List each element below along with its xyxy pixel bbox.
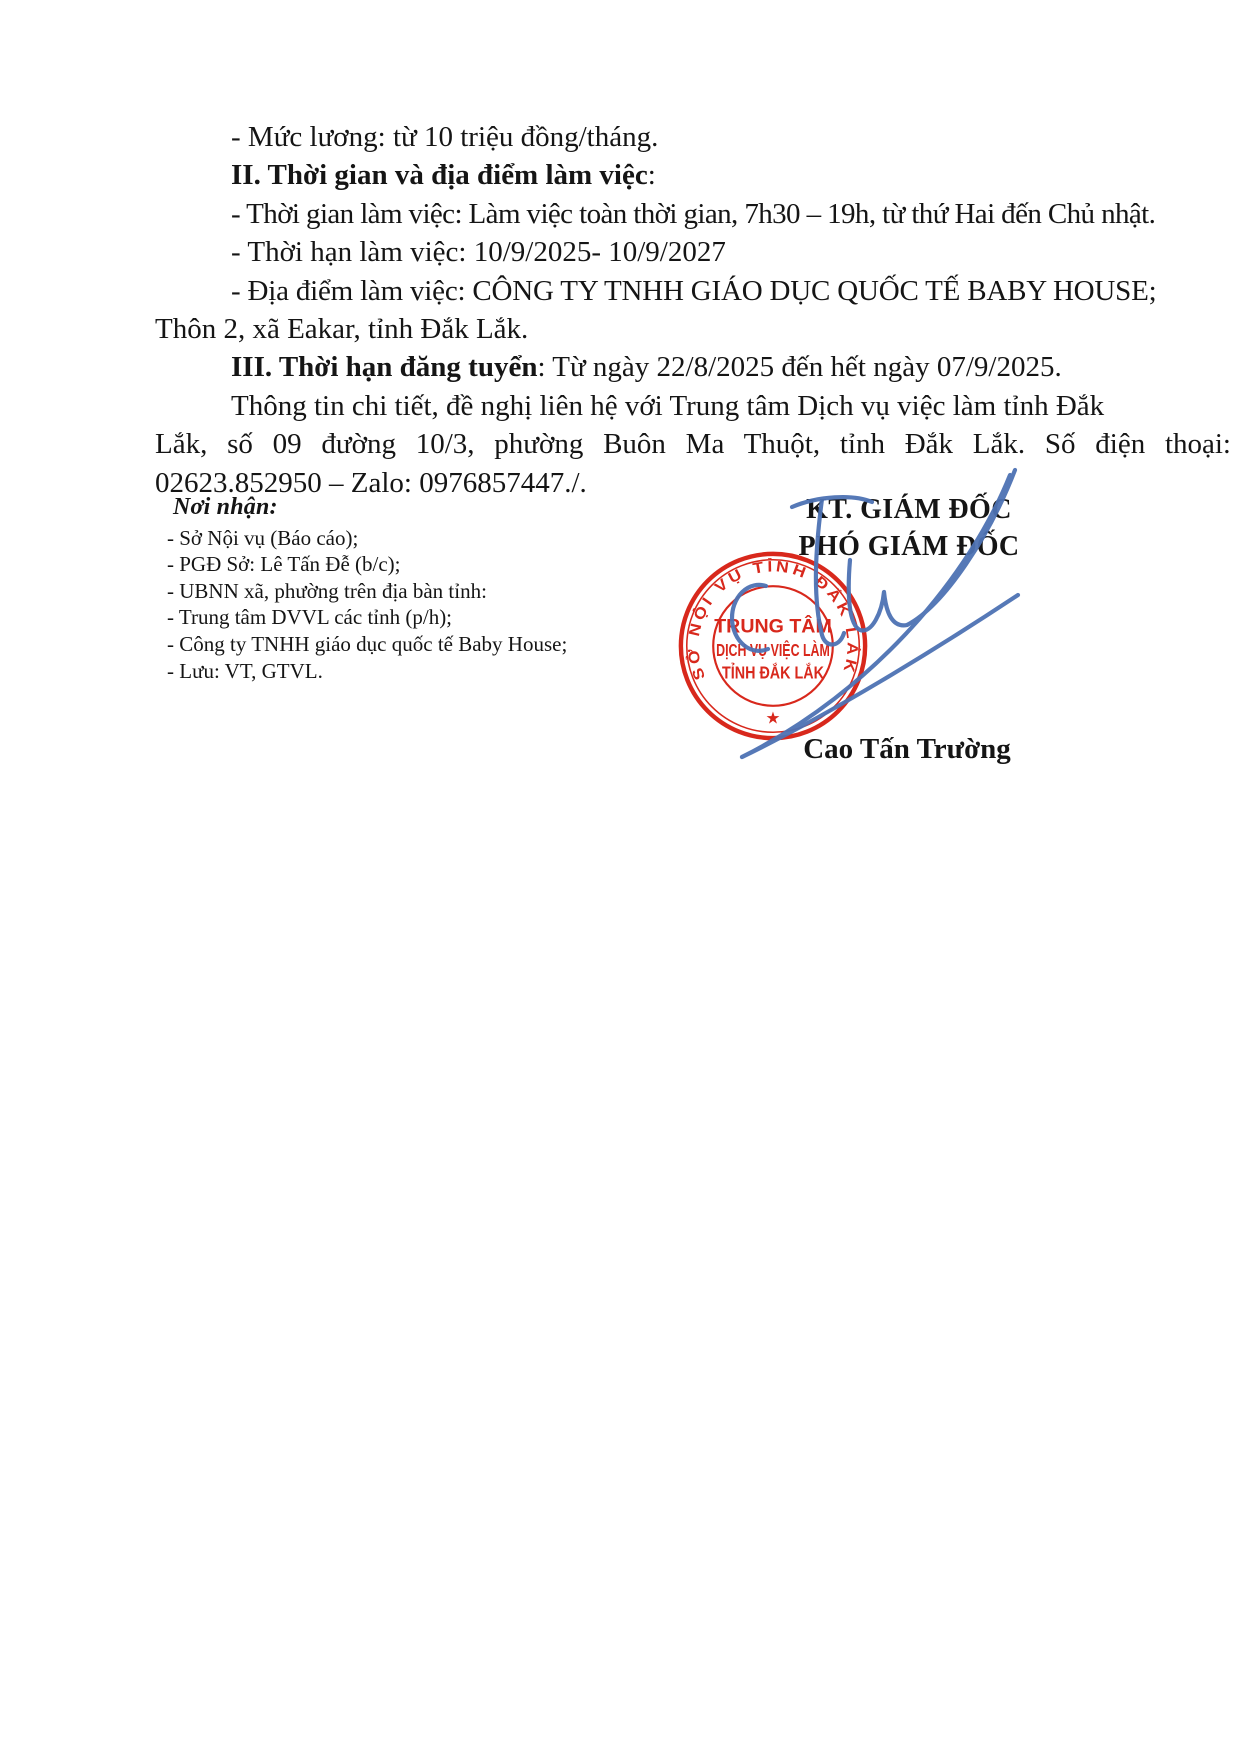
salary-text: - Mức lương: từ 10 triệu đồng/tháng. bbox=[231, 121, 658, 153]
recipient-item: - PGĐ Sở: Lê Tấn Đễ (b/c); bbox=[167, 551, 567, 578]
signature-flourish-up bbox=[907, 470, 1015, 625]
signer-name: Cao Tấn Trường bbox=[782, 733, 1032, 766]
signature-stem bbox=[816, 499, 844, 645]
recipient-item: - Lưu: VT, GTVL. bbox=[167, 658, 567, 685]
work-place-text-2: Thôn 2, xã Eakar, tỉnh Đắk Lắk. bbox=[155, 313, 528, 345]
contact-text-2: Lắk, số 09 đường 10/3, phường Buôn Ma Th… bbox=[155, 428, 1231, 460]
section-3-heading-bold: III. Thời hạn đăng tuyển bbox=[231, 351, 537, 383]
work-term-line: - Thời hạn làm việc: 10/9/2025- 10/9/202… bbox=[155, 233, 1231, 271]
recipient-item: - Trung tâm DVVL các tỉnh (p/h); bbox=[167, 604, 567, 631]
contact-text-1: Thông tin chi tiết, đề nghị liên hệ với … bbox=[231, 390, 1104, 422]
signature-strokes bbox=[732, 470, 1018, 757]
work-time-line: - Thời gian làm việc: Làm việc toàn thời… bbox=[155, 195, 1231, 233]
document-page: - Mức lương: từ 10 triệu đồng/tháng. II.… bbox=[0, 0, 1241, 1755]
contact-line-1: Thông tin chi tiết, đề nghị liên hệ với … bbox=[155, 387, 1231, 425]
recipient-item: - Công ty TNHH giáo dục quốc tế Baby Hou… bbox=[167, 631, 567, 658]
section-2-heading-bold: II. Thời gian và địa điểm làm việc bbox=[231, 159, 648, 191]
section-3-line: III. Thời hạn đăng tuyển: Từ ngày 22/8/2… bbox=[155, 348, 1231, 386]
work-place-line-1: - Địa điểm làm việc: CÔNG TY TNHH GIÁO D… bbox=[155, 272, 1231, 310]
recipient-item: - UBNN xã, phường trên địa bàn tỉnh: bbox=[167, 578, 567, 605]
section-3-rest: : Từ ngày 22/8/2025 đến hết ngày 07/9/20… bbox=[537, 351, 1061, 383]
recipients-heading: Nơi nhận: bbox=[167, 494, 567, 521]
signature-t-bar bbox=[792, 497, 872, 507]
signature-loop bbox=[732, 585, 768, 651]
recipient-item: - Sở Nội vụ (Báo cáo); bbox=[167, 525, 567, 552]
work-time-text: - Thời gian làm việc: Làm việc toàn thời… bbox=[231, 198, 1155, 230]
section-2-heading: II. Thời gian và địa điểm làm việc: bbox=[155, 156, 1231, 194]
signature-u-curve bbox=[849, 560, 907, 630]
work-place-line-2: Thôn 2, xã Eakar, tỉnh Đắk Lắk. bbox=[155, 310, 1231, 348]
section-2-heading-colon: : bbox=[648, 159, 656, 191]
work-place-text-1: - Địa điểm làm việc: CÔNG TY TNHH GIÁO D… bbox=[231, 275, 1156, 307]
handwritten-signature bbox=[700, 455, 1040, 770]
salary-line: - Mức lương: từ 10 triệu đồng/tháng. bbox=[155, 118, 1231, 156]
contact-line-2: Lắk, số 09 đường 10/3, phường Buôn Ma Th… bbox=[155, 425, 1231, 463]
recipients-block: Nơi nhận: - Sở Nội vụ (Báo cáo); - PGĐ S… bbox=[167, 494, 567, 684]
document-body: - Mức lương: từ 10 triệu đồng/tháng. II.… bbox=[155, 118, 1231, 502]
work-term-text: - Thời hạn làm việc: 10/9/2025- 10/9/202… bbox=[231, 236, 726, 268]
